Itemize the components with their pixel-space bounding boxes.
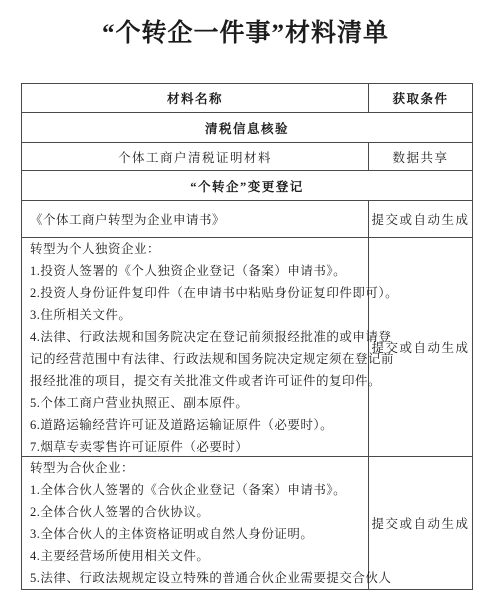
- material-line: 2.投资人身份证件复印件（在申请书中粘贴身份证复印件即可）。: [30, 282, 368, 304]
- page-title: “个转企一件事”材料清单: [0, 13, 491, 49]
- material-line: 3.全体合伙人的主体资格证明或自然人身份证明。: [30, 523, 368, 545]
- material-line: 2.全体合伙人签署的合伙协议。: [30, 501, 368, 523]
- table-row-partnership: 转型为合伙企业： 1.全体合伙人签署的《合伙企业登记（备案）申请书》。 2.全体…: [22, 457, 472, 589]
- material-line: 4.法律、行政法规和国务院决定在登记前须报经批准的或申请登: [30, 326, 368, 348]
- materials-table: 材料名称 获取条件 清税信息核验 个体工商户清税证明材料 数据共享 “个转企”变…: [21, 83, 473, 590]
- material-line: 6.道路运输经营许可证及道路运输证原件（必要时）。: [30, 414, 368, 436]
- document-page: “个转企一件事”材料清单 材料名称 获取条件 清税信息核验 个体工商户清税证明材…: [0, 0, 491, 608]
- table-row: 个体工商户清税证明材料 数据共享: [22, 143, 472, 171]
- material-line: 转型为个人独资企业：: [30, 238, 368, 260]
- section-title: “个转企”变更登记: [22, 171, 472, 200]
- condition-value: 提交或自动生成: [369, 457, 472, 589]
- condition-value: 数据共享: [369, 143, 472, 170]
- material-line: 转型为合伙企业：: [30, 457, 368, 479]
- section-row-tax-clearance-verification: 清税信息核验: [22, 113, 472, 143]
- material-line: 7.烟草专卖零售许可证原件（必要时）: [30, 436, 368, 458]
- condition-value: 提交或自动生成: [369, 201, 472, 237]
- material-line: 5.个体工商户营业执照正、副本原件。: [30, 392, 368, 414]
- section-title: 清税信息核验: [22, 113, 472, 142]
- section-row-change-registration: “个转企”变更登记: [22, 171, 472, 201]
- material-line: 5.法律、行政法规规定设立特殊的普通合伙企业需要提交合伙人: [30, 567, 368, 589]
- material-name: 个体工商户清税证明材料: [22, 143, 369, 170]
- material-name-block: 转型为合伙企业： 1.全体合伙人签署的《合伙企业登记（备案）申请书》。 2.全体…: [22, 457, 369, 589]
- table-row-sole-proprietorship: 转型为个人独资企业： 1.投资人签署的《个人独资企业登记（备案）申请书》。 2.…: [22, 238, 472, 457]
- table-row: 《个体工商户转型为企业申请书》 提交或自动生成: [22, 201, 472, 238]
- material-name: 《个体工商户转型为企业申请书》: [22, 201, 369, 237]
- material-line: 记的经营范围中有法律、行政法规和国务院决定规定须在登记前: [30, 348, 368, 370]
- condition-value: 提交或自动生成: [369, 238, 472, 456]
- table-header-row: 材料名称 获取条件: [22, 84, 472, 113]
- column-header-material-name: 材料名称: [22, 84, 369, 112]
- material-line: 报经批准的项目，提交有关批准文件或者许可证件的复印件。: [30, 370, 368, 392]
- material-line: 1.投资人签署的《个人独资企业登记（备案）申请书》。: [30, 260, 368, 282]
- column-header-condition: 获取条件: [369, 84, 472, 112]
- material-name-block: 转型为个人独资企业： 1.投资人签署的《个人独资企业登记（备案）申请书》。 2.…: [22, 238, 369, 456]
- material-line: 1.全体合伙人签署的《合伙企业登记（备案）申请书》。: [30, 479, 368, 501]
- material-line: 4.主要经营场所使用相关文件。: [30, 545, 368, 567]
- material-line: 3.住所相关文件。: [30, 304, 368, 326]
